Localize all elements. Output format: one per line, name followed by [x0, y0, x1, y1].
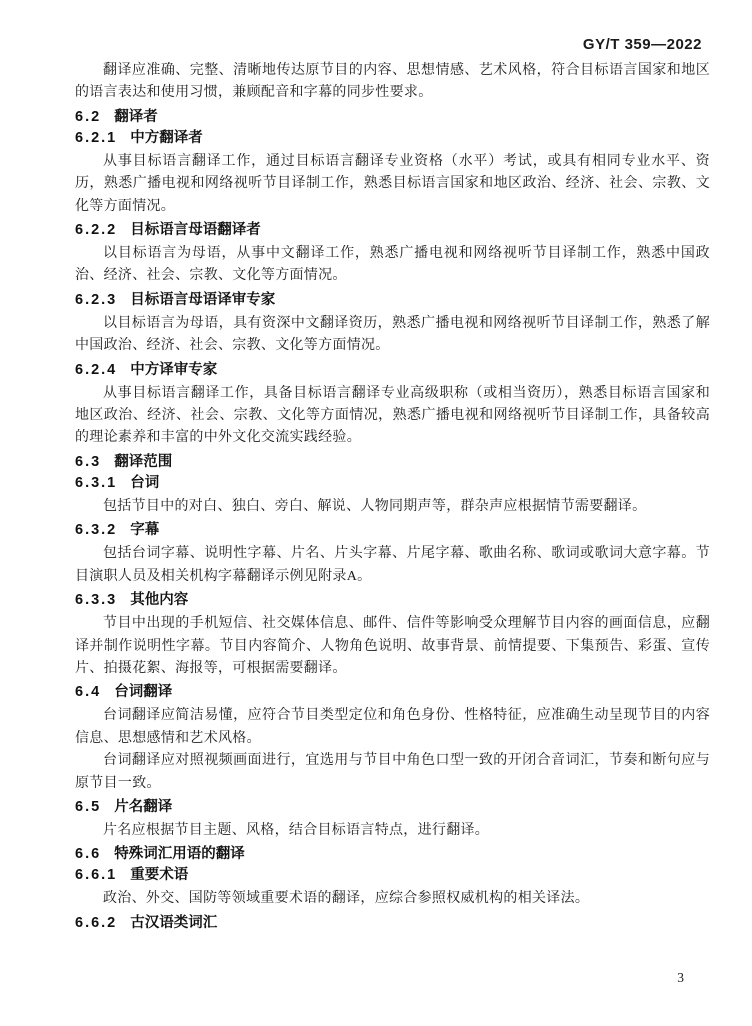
section-title: 台词翻译 [114, 684, 172, 700]
section-title: 中方译审专家 [130, 362, 217, 378]
section-title: 字幕 [130, 522, 159, 538]
section-title: 中方翻译者 [130, 130, 203, 146]
section-number: 6.3.1 [75, 475, 117, 491]
paragraph: 片名应根据节目主题、风格，结合目标语言特点，进行翻译。 [75, 820, 710, 842]
section-heading-6-6-2: 6.6.2古汉语类词汇 [75, 915, 710, 932]
paragraph: 节目中出现的手机短信、社交媒体信息、邮件、信件等影响受众理解节目内容的画面信息，… [75, 613, 710, 680]
paragraph: 包括台词字幕、说明性字幕、片名、片头字幕、片尾字幕、歌曲名称、歌词或歌词大意字幕… [75, 543, 710, 588]
section-title: 台词 [130, 475, 159, 491]
paragraph: 从事目标语言翻译工作，具备目标语言翻译专业高级职称（或相当资历），熟悉目标语言国… [75, 383, 710, 450]
section-number: 6.3.2 [75, 522, 117, 538]
section-number: 6.2.2 [75, 222, 117, 238]
section-title: 古汉语类词汇 [130, 915, 217, 931]
section-heading-6-3: 6.3翻译范围 [75, 454, 710, 471]
section-number: 6.6 [75, 846, 101, 862]
section-number: 6.2.3 [75, 292, 117, 308]
section-number: 6.5 [75, 799, 101, 815]
section-number: 6.6.1 [75, 867, 117, 883]
section-heading-6-4: 6.4台词翻译 [75, 684, 710, 701]
section-title: 目标语言母语翻译者 [130, 222, 261, 238]
paragraph: 台词翻译应简洁易懂，应符合节目类型定位和角色身份、性格特征，应准确生动呈现节目的… [75, 705, 710, 750]
paragraph: 翻译应准确、完整、清晰地传达原节目的内容、思想情感、艺术风格，符合目标语言国家和… [75, 60, 710, 105]
paragraph: 台词翻译应对照视频画面进行，宜选用与节目中角色口型一致的开闭合音词汇，节奏和断句… [75, 750, 710, 795]
paragraph: 包括节目中的对白、独白、旁白、解说、人物同期声等，群杂声应根据情节需要翻译。 [75, 496, 710, 518]
paragraph: 以目标语言为母语，具有资深中文翻译资历，熟悉广播电视和网络视听节目译制工作，熟悉… [75, 313, 710, 358]
section-number: 6.2.1 [75, 130, 117, 146]
section-heading-6-3-3: 6.3.3其他内容 [75, 592, 710, 609]
section-number: 6.6.2 [75, 915, 117, 931]
section-number: 6.2 [75, 109, 101, 125]
section-title: 重要术语 [130, 867, 188, 883]
section-title: 特殊词汇用语的翻译 [114, 846, 245, 862]
section-heading-6-2: 6.2翻译者 [75, 109, 710, 126]
section-title: 翻译范围 [114, 454, 172, 470]
section-heading-6-3-2: 6.3.2字幕 [75, 522, 710, 539]
section-title: 翻译者 [114, 109, 158, 125]
section-number: 6.2.4 [75, 362, 117, 378]
section-title: 目标语言母语译审专家 [130, 292, 275, 308]
section-heading-6-6-1: 6.6.1重要术语 [75, 867, 710, 884]
section-number: 6.4 [75, 684, 101, 700]
paragraph: 以目标语言为母语，从事中文翻译工作，熟悉广播电视和网络视听节目译制工作，熟悉中国… [75, 243, 710, 288]
section-heading-6-5: 6.5片名翻译 [75, 799, 710, 816]
page-number: 3 [677, 970, 684, 986]
section-heading-6-3-1: 6.3.1台词 [75, 475, 710, 492]
section-heading-6-2-2: 6.2.2目标语言母语翻译者 [75, 222, 710, 239]
document-content: 翻译应准确、完整、清晰地传达原节目的内容、思想情感、艺术风格，符合目标语言国家和… [75, 60, 710, 936]
section-heading-6-6: 6.6特殊词汇用语的翻译 [75, 846, 710, 863]
paragraph: 从事目标语言翻译工作，通过目标语言翻译专业资格（水平）考试，或具有相同专业水平、… [75, 151, 710, 218]
standard-number-header: GY/T 359—2022 [583, 36, 702, 53]
paragraph: 政治、外交、国防等领域重要术语的翻译，应综合参照权威机构的相关译法。 [75, 888, 710, 910]
document-page: GY/T 359—2022 翻译应准确、完整、清晰地传达原节目的内容、思想情感、… [0, 0, 752, 1026]
section-heading-6-2-4: 6.2.4中方译审专家 [75, 362, 710, 379]
section-heading-6-2-3: 6.2.3目标语言母语译审专家 [75, 292, 710, 309]
section-number: 6.3.3 [75, 592, 117, 608]
section-heading-6-2-1: 6.2.1中方翻译者 [75, 130, 710, 147]
section-title: 片名翻译 [114, 799, 172, 815]
section-title: 其他内容 [130, 592, 188, 608]
section-number: 6.3 [75, 454, 101, 470]
